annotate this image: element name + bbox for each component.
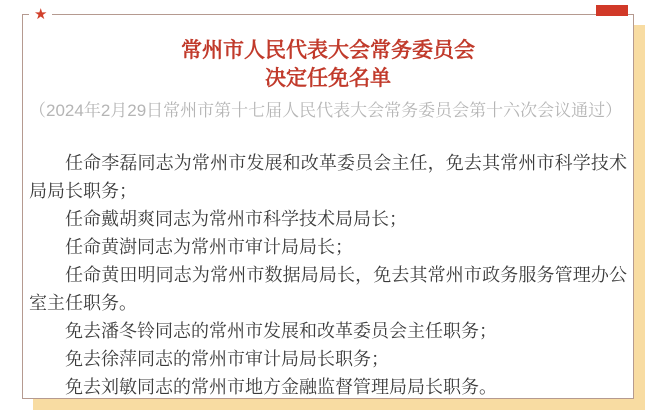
document-card: ★ 常州市人民代表大会常务委员会 决定任免名单 （2024年2月29日常州市第十… (22, 14, 634, 399)
appointment-paragraph: 任命黄澍同志为常州市审计局局长； (29, 233, 627, 261)
corner-ribbon (596, 5, 628, 16)
removal-paragraph: 免去刘敏同志的常州市地方金融监督管理局局长职务。 (29, 373, 627, 401)
document-title-line2: 决定任免名单 (29, 65, 627, 93)
document-subtitle: （2024年2月29日常州市第十七届人民代表大会常务委员会第十六次会议通过） (29, 99, 627, 123)
document-title-line1: 常州市人民代表大会常务委员会 (29, 37, 627, 65)
star-icon: ★ (29, 4, 52, 25)
document-title: 常州市人民代表大会常务委员会 决定任免名单 (29, 37, 627, 93)
removal-paragraph: 免去徐萍同志的常州市审计局局长职务； (29, 345, 627, 373)
document-content: 常州市人民代表大会常务委员会 决定任免名单 （2024年2月29日常州市第十七届… (23, 15, 633, 401)
appointment-paragraph: 任命李磊同志为常州市发展和改革委员会主任，免去其常州市科学技术局局长职务； (29, 149, 627, 205)
removal-paragraph: 免去潘冬铃同志的常州市发展和改革委员会主任职务； (29, 317, 627, 345)
appointment-paragraph: 任命戴胡爽同志为常州市科学技术局局长； (29, 205, 627, 233)
appointment-paragraph: 任命黄田明同志为常州市数据局局长，免去其常州市政务服务管理办公室主任职务。 (29, 261, 627, 317)
document-body: 任命李磊同志为常州市发展和改革委员会主任，免去其常州市科学技术局局长职务； 任命… (29, 149, 627, 401)
